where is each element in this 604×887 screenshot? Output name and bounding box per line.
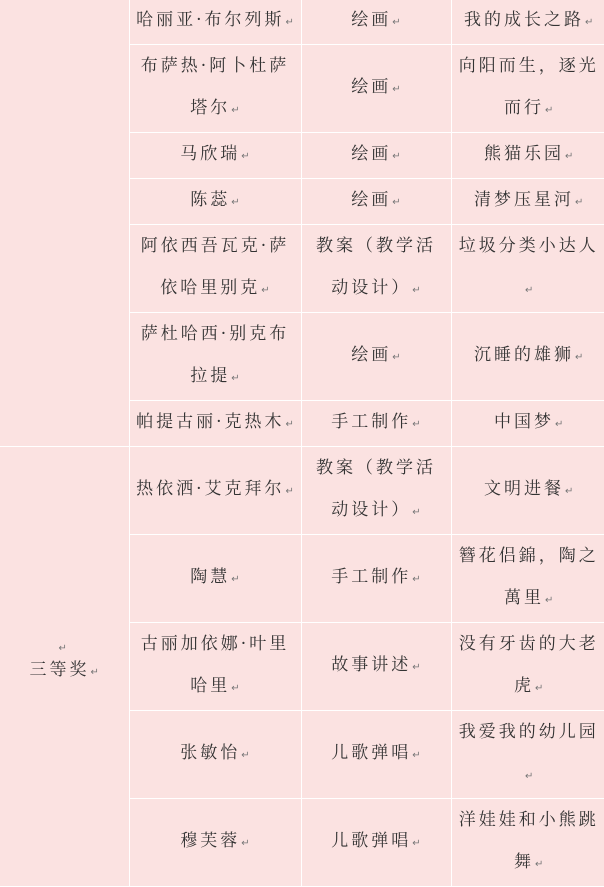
paragraph-mark-icon: ↵ [545,595,553,606]
award-cell-continued [0,0,129,447]
title-cell: 清梦压星河↵ [451,179,604,225]
category-cell: 儿歌弹唱↵ [301,711,451,799]
paragraph-mark-icon: ↵ [565,151,573,162]
name-cell: 陶慧↵ [129,535,301,623]
paragraph-mark-icon: ↵ [585,17,593,28]
title-cell: 没有牙齿的大老虎↵ [451,623,604,711]
title-cell: 我的成长之路↵ [451,0,604,45]
category-cell: 儿歌弹唱↵ [301,799,451,803]
paragraph-mark-icon: ↵ [525,771,533,782]
name-cell: 张敏怡↵ [129,711,301,799]
paragraph-mark-icon: ↵ [261,285,269,296]
category-cell: 绘画↵ [301,179,451,225]
paragraph-mark-icon: ↵ [241,750,249,761]
category-cell: 故事讲述↵ [301,623,451,711]
name-cell: 马欣瑞↵ [129,133,301,179]
category-cell: 绘画↵ [301,0,451,45]
category-cell: 绘画↵ [301,133,451,179]
paragraph-mark-icon: ↵ [91,667,99,678]
paragraph-mark-icon: ↵ [412,662,420,673]
category-cell: 手工制作↵ [301,535,451,623]
name-cell: 布萨热·阿卜杜萨塔尔↵ [129,45,301,133]
name-cell: 萨杜哈西·别克布拉提↵ [129,313,301,401]
paragraph-mark-icon: ↵ [231,683,239,694]
name-cell: 陈蕊↵ [129,179,301,225]
table-row: 哈丽亚·布尔列斯↵ 绘画↵ 我的成长之路↵ [0,0,604,45]
paragraph-mark-icon: ↵ [286,17,294,28]
paragraph-mark-icon: ↵ [392,84,400,95]
paragraph-mark-icon: ↵ [535,683,543,694]
category-cell: 教案（教学活动设计）↵ [301,447,451,535]
name-cell: 穆芙蓉↵ [129,799,301,803]
title-cell: 垃圾分类小达人↵ [451,225,604,313]
paragraph-mark-icon: ↵ [392,197,400,208]
name-cell: 哈丽亚·布尔列斯↵ [129,0,301,45]
award-label: 三等奖 [30,660,90,680]
paragraph-mark-icon: ↵ [545,105,553,116]
paragraph-mark-icon: ↵ [30,643,99,655]
category-cell: 手工制作↵ [301,401,451,447]
name-cell: 帕提古丽·克热木↵ [129,401,301,447]
paragraph-mark-icon: ↵ [286,486,294,497]
paragraph-mark-icon: ↵ [392,17,400,28]
paragraph-mark-icon: ↵ [241,151,249,162]
paragraph-mark-icon: ↵ [231,105,239,116]
paragraph-mark-icon: ↵ [412,419,420,430]
title-cell: 洋娃娃和小熊跳舞↵ [451,799,604,803]
title-cell: 簪花侣錦，陶之萬里↵ [451,535,604,623]
paragraph-mark-icon: ↵ [412,750,420,761]
paragraph-mark-icon: ↵ [565,486,573,497]
category-cell: 绘画↵ [301,45,451,133]
paragraph-mark-icon: ↵ [392,352,400,363]
paragraph-mark-icon: ↵ [231,197,239,208]
table-row: ↵ 三等奖↵ 热依洒·艾克拜尔↵ 教案（教学活动设计）↵ 文明进餐↵ [0,447,604,535]
paragraph-mark-icon: ↵ [575,197,583,208]
paragraph-mark-icon: ↵ [412,507,420,518]
title-cell: 中国梦↵ [451,401,604,447]
name-cell: 阿依西吾瓦克·萨依哈里别克↵ [129,225,301,313]
award-cell: ↵ 三等奖↵ [0,447,129,803]
paragraph-mark-icon: ↵ [412,285,420,296]
title-cell: 我爱我的幼儿园↵ [451,711,604,799]
paragraph-mark-icon: ↵ [412,574,420,585]
title-cell: 向阳而生，逐光而行↵ [451,45,604,133]
name-cell: 热依洒·艾克拜尔↵ [129,447,301,535]
paragraph-mark-icon: ↵ [392,151,400,162]
name-cell: 古丽加依娜·叶里哈里↵ [129,623,301,711]
title-cell: 熊猫乐园↵ [451,133,604,179]
awards-table: 哈丽亚·布尔列斯↵ 绘画↵ 我的成长之路↵ 布萨热·阿卜杜萨塔尔↵ 绘画↵ 向阳… [0,0,604,802]
paragraph-mark-icon: ↵ [575,352,583,363]
paragraph-mark-icon: ↵ [525,285,533,296]
category-cell: 绘画↵ [301,313,451,401]
paragraph-mark-icon: ↵ [231,574,239,585]
category-cell: 教案（教学活动设计）↵ [301,225,451,313]
paragraph-mark-icon: ↵ [555,419,563,430]
paragraph-mark-icon: ↵ [231,373,239,384]
title-cell: 文明进餐↵ [451,447,604,535]
paragraph-mark-icon: ↵ [286,419,294,430]
title-cell: 沉睡的雄狮↵ [451,313,604,401]
